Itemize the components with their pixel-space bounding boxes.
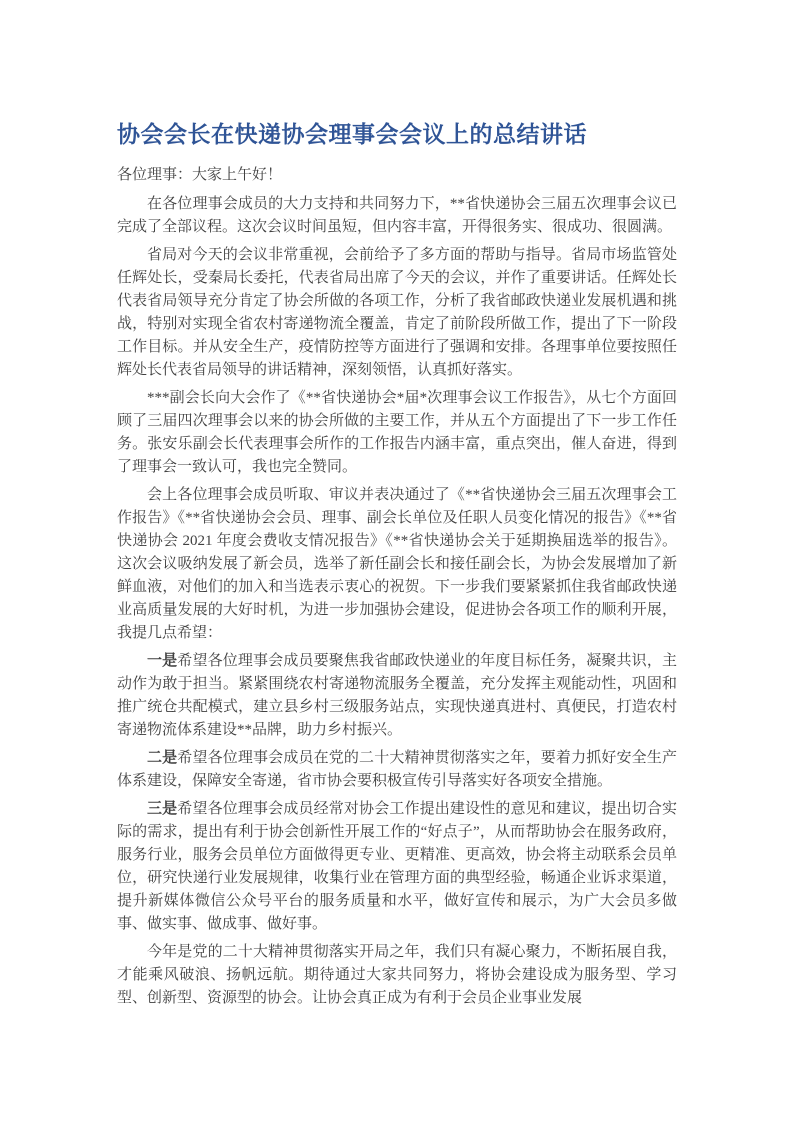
- paragraph-lead: 二是: [147, 750, 177, 766]
- paragraph-lead: 三是: [147, 801, 177, 817]
- greeting-line: 各位理事：大家上午好！: [117, 164, 677, 187]
- document-page: 协会会长在快递协会理事会会议上的总结讲话 各位理事：大家上午好！ 在各位理事会成…: [0, 0, 793, 1122]
- paragraph: 二是希望各位理事会成员在党的二十大精神贯彻落实之年，要着力抓好安全生产体系建设，…: [117, 747, 677, 793]
- paragraph-text: 会上各位理事会成员听取、审议并表决通过了《**省快递协会三届五次理事会工作报告》…: [117, 487, 677, 641]
- paragraph: 省局对今天的会议非常重视，会前给予了多方面的帮助与指导。省局市场监管处任辉处长，…: [117, 244, 677, 382]
- paragraph-text: 在各位理事会成员的大力支持和共同努力下，**省快递协会三届五次理事会议已完成了全…: [117, 196, 677, 235]
- paragraph-lead: 一是: [147, 653, 177, 669]
- paragraph: 一是希望各位理事会成员要聚焦我省邮政快递业的年度目标任务，凝聚共识，主动作为敢于…: [117, 650, 677, 742]
- paragraph-text: ***副会长向大会作了《**省快递协会*届*次理事会议工作报告》，从七个方面回顾…: [117, 390, 677, 475]
- paragraph-text: 希望各位理事会成员在党的二十大精神贯彻落实之年，要着力抓好安全生产体系建设，保障…: [117, 750, 677, 789]
- paragraph: 会上各位理事会成员听取、审议并表决通过了《**省快递协会三届五次理事会工作报告》…: [117, 484, 677, 645]
- document-title: 协会会长在快递协会理事会会议上的总结讲话: [117, 118, 677, 150]
- paragraph: 三是希望各位理事会成员经常对协会工作提出建设性的意见和建议，提出切合实际的需求，…: [117, 798, 677, 936]
- paragraph-text: 希望各位理事会成员要聚焦我省邮政快递业的年度目标任务，凝聚共识，主动作为敢于担当…: [117, 653, 677, 738]
- paragraph: 在各位理事会成员的大力支持和共同努力下，**省快递协会三届五次理事会议已完成了全…: [117, 193, 677, 239]
- paragraph: ***副会长向大会作了《**省快递协会*届*次理事会议工作报告》，从七个方面回顾…: [117, 387, 677, 479]
- paragraph-text: 省局对今天的会议非常重视，会前给予了多方面的帮助与指导。省局市场监管处任辉处长，…: [117, 247, 677, 378]
- paragraph-text: 今年是党的二十大精神贯彻落实开局之年，我们只有凝心聚力，不断拓展自我，才能乘风破…: [117, 944, 677, 1006]
- paragraph: 今年是党的二十大精神贯彻落实开局之年，我们只有凝心聚力，不断拓展自我，才能乘风破…: [117, 941, 677, 1010]
- paragraph-text: 希望各位理事会成员经常对协会工作提出建设性的意见和建议，提出切合实际的需求，提出…: [117, 801, 677, 932]
